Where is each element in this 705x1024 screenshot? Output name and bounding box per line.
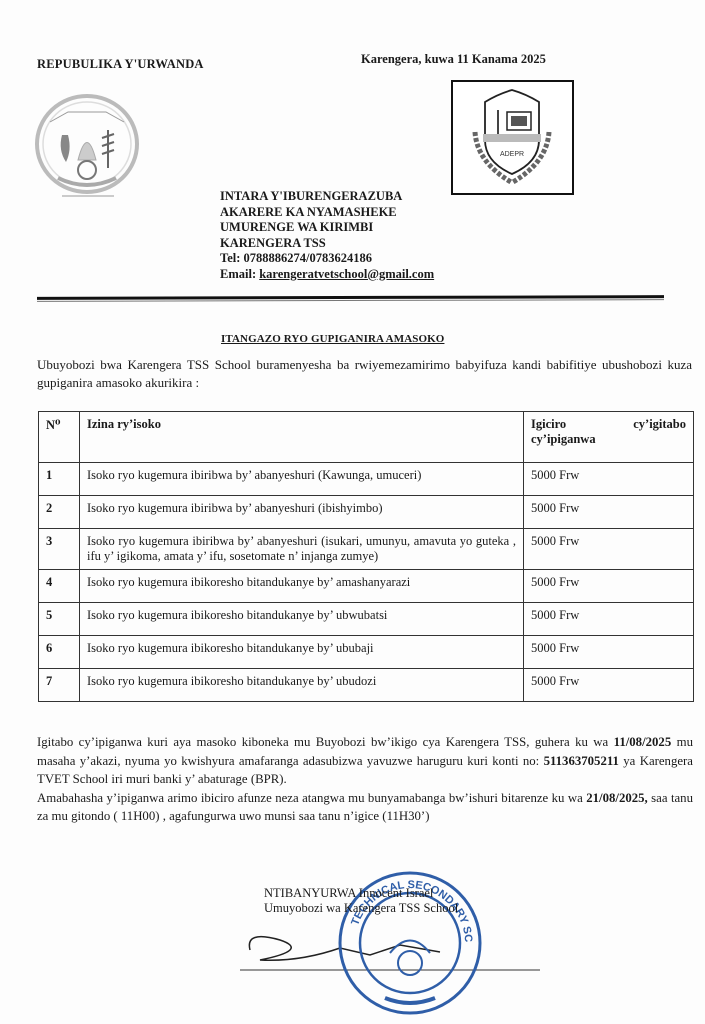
school-address: INTARA Y'IBURENGERAZUBA AKARERE KA NYAMA… [220,189,434,282]
tender-price: 5000 Frw [524,636,694,669]
table-row: 2Isoko ryo kugemura ibiribwa by’ abanyes… [39,496,694,529]
tender-price: 5000 Frw [524,570,694,603]
col-tender-name: Izina ry’isoko [80,412,524,463]
table-row: 1Isoko ryo kugemura ibiribwa by’ abanyes… [39,463,694,496]
table-header-row: N⁰ Izina ry’isoko Igiciro cy’igitabo cy’… [39,412,694,463]
row-number: 4 [39,570,80,603]
row-number: 2 [39,496,80,529]
school-crest-icon: ADEPR [453,82,571,192]
table-row: 6Isoko ryo kugemura ibikoresho bitanduka… [39,636,694,669]
document-title: ITANGAZO RYO GUPIGANIRA AMASOKO [221,333,444,345]
signatory-block: NTIBANYURWA Innocent Israel Umuyobozi wa… [264,886,458,916]
rwanda-coat-of-arms-icon [28,90,146,202]
email: Email: karengeratvetschool@gmail.com [220,267,434,283]
school-logo: ADEPR [451,80,574,195]
tender-price: 5000 Frw [524,529,694,570]
country-heading: REPUBULIKA Y'URWANDA [37,57,204,72]
tender-price: 5000 Frw [524,463,694,496]
tender-name: Isoko ryo kugemura ibikoresho bitandukan… [80,603,524,636]
svg-text:ADEPR: ADEPR [500,151,524,158]
telephone: Tel: 0788886274/0783624186 [220,251,434,267]
table-row: 5Isoko ryo kugemura ibikoresho bitanduka… [39,603,694,636]
tender-name: Isoko ryo kugemura ibikoresho bitandukan… [80,570,524,603]
tender-name: Isoko ryo kugemura ibiribwa by’ abanyesh… [80,463,524,496]
row-number: 6 [39,636,80,669]
tender-price: 5000 Frw [524,496,694,529]
row-number: 7 [39,669,80,702]
row-number: 3 [39,529,80,570]
table-row: 3Isoko ryo kugemura ibiribwa by’ abanyes… [39,529,694,570]
tender-price: 5000 Frw [524,669,694,702]
tender-name: Isoko ryo kugemura ibiribwa by’ abanyesh… [80,496,524,529]
body-text: Igitabo cy’ipiganwa kuri aya masoko kibo… [37,733,693,826]
tender-price: 5000 Frw [524,603,694,636]
col-number: N⁰ [39,412,80,463]
tender-name: Isoko ryo kugemura ibikoresho bitandukan… [80,669,524,702]
table-row: 7Isoko ryo kugemura ibikoresho bitanduka… [39,669,694,702]
sector: UMURENGE WA KIRIMBI [220,220,434,236]
tender-name: Isoko ryo kugemura ibikoresho bitandukan… [80,636,524,669]
dateline: Karengera, kuwa 11 Kanama 2025 [361,52,546,67]
tenders-table: N⁰ Izina ry’isoko Igiciro cy’igitabo cy’… [38,411,694,702]
col-price: Igiciro cy’igitabo cy’ipiganwa [524,412,694,463]
row-number: 1 [39,463,80,496]
signatory-name: NTIBANYURWA Innocent Israel [264,886,458,901]
paragraph-deadline: Amabahasha y’ipiganwa arimo ibiciro afun… [37,789,693,826]
table-row: 4Isoko ryo kugemura ibikoresho bitanduka… [39,570,694,603]
intro-paragraph: Ubuyobozi bwa Karengera TSS School buram… [37,356,692,392]
row-number: 5 [39,603,80,636]
paragraph-availability: Igitabo cy’ipiganwa kuri aya masoko kibo… [37,733,693,789]
signatory-role: Umuyobozi wa Karengera TSS School [264,901,458,916]
school-name: KARENGERA TSS [220,236,434,252]
district: AKARERE KA NYAMASHEKE [220,205,434,221]
tender-name: Isoko ryo kugemura ibiribwa by’ abanyesh… [80,529,524,570]
province: INTARA Y'IBURENGERAZUBA [220,189,434,205]
email-link[interactable]: karengeratvetschool@gmail.com [259,267,434,281]
